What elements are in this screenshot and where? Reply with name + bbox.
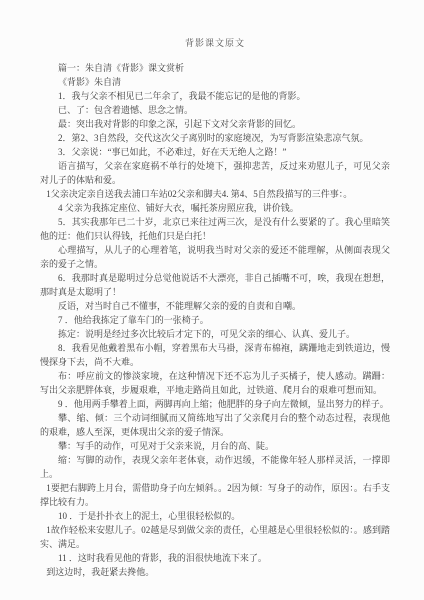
paragraph: 拣定：说明是经过多次比较后才定下的，可见父亲的细心、认真、爱儿子。 xyxy=(40,327,390,341)
paragraph: 攀：写手的动作，可见对于父亲来说，月台的高、陡。 xyxy=(40,439,390,453)
paragraph: 语言描写，父亲在家庭祸不单行的处境下，强抑悲苦，反过来劝慰儿子，可见父亲对儿子的… xyxy=(40,159,390,187)
paragraph: 7 ．他给我拣定了靠车门的一张椅子。 xyxy=(40,313,390,327)
paragraph: 2．第2、3自然段，交代这次父子离别时的家庭境况，为写背影渲染悲凉气氛。 xyxy=(40,131,390,145)
paragraph: 最：突出我对背影的印象之深，引起下文对父亲背影的回忆。 xyxy=(40,117,390,131)
paragraph: 3．父亲说：“事已如此，不必难过，好在天无绝人之路！” xyxy=(40,145,390,159)
paragraph: 6．我那时真是聪明过分总觉他说话不大漂亮，非自己插嘴不可，唉，我现在想想，那时真… xyxy=(40,271,390,299)
paragraph: 反语，对当时自己不懂事，不能理解父亲的爱的自责和自嘲。 xyxy=(40,299,390,313)
paragraph: 10 ．于是扑扑衣上的泥土，心里很轻松似的。 xyxy=(40,509,390,523)
paragraph: 布：呼应前文的惨淡家境，在这种情况下还不忘为儿子买橘子，使人感动。蹒跚：写出父亲… xyxy=(40,369,390,397)
paragraph: 11 ．这时我看见他的背影，我的泪很快地流下来了。 xyxy=(40,551,390,565)
paragraph: 已、了：包含着遗憾、思念之情。 xyxy=(40,103,390,117)
paragraph: 1父亲决定亲自送我去浦口车站02父亲和脚夫4. 第4、5自然段描写的三件事：。 xyxy=(40,187,390,201)
paragraph: 缩：写脚的动作，表现父亲年老体衰，动作迟缓，不能像年轻人那样灵活，一撑即上。 xyxy=(40,453,390,481)
paragraph: 篇一：朱自清《背影》课文赏析 xyxy=(40,61,390,75)
document-body: 篇一：朱自清《背影》课文赏析《背影》朱自清1．我与父亲不相见已二年余了，我最不能… xyxy=(40,61,390,579)
paragraph: 5．其实我那年已二十岁，北京已来往过两三次，是没有什么要紧的了。我心里暗笑他的迂… xyxy=(40,215,390,243)
paragraph: 攀、缩、倾：三个动词细腻而又简练地写出了父亲爬月台的整个动态过程，表现他的艰难，… xyxy=(40,411,390,439)
paragraph: 到这边时，我赶紧去搀他。 xyxy=(40,565,390,579)
paragraph: 1．我与父亲不相见已二年余了，我最不能忘记的是他的背影。 xyxy=(40,89,390,103)
document-page: 背影课文原文 篇一：朱自清《背影》课文赏析《背影》朱自清1．我与父亲不相见已二年… xyxy=(0,0,424,600)
paragraph: 4 父亲为我拣定座位、铺好大衣，嘱托茶房照应我，讲价钱。 xyxy=(40,201,390,215)
paragraph: 心理描写，从儿子的心理着笔，说明我当时对父亲的爱还不能理解，从侧面表现父亲的爱子… xyxy=(40,243,390,271)
paragraph: 8．我看见他戴着黑布小帽，穿着黑布大马褂，深青布棉袍，蹒跚地走到铁道边，慢慢探身… xyxy=(40,341,390,369)
paragraph: 1要把右脚跨上月台，需借助身子向左倾斜。。2因为倾：写身子的动作，原因：。右手支… xyxy=(40,481,390,509)
paragraph: 9 ．他用两手攀着上面，两脚再向上缩；他肥胖的身子向左微倾，显出努力的样子。 xyxy=(40,397,390,411)
paragraph: 《背影》朱自清 xyxy=(40,75,390,89)
paragraph: 1故作轻松来安慰儿子。02越是尽到做父亲的责任，心里越是心里很轻松似的：。感到踏… xyxy=(40,523,390,551)
page-title: 背影课文原文 xyxy=(40,36,390,50)
